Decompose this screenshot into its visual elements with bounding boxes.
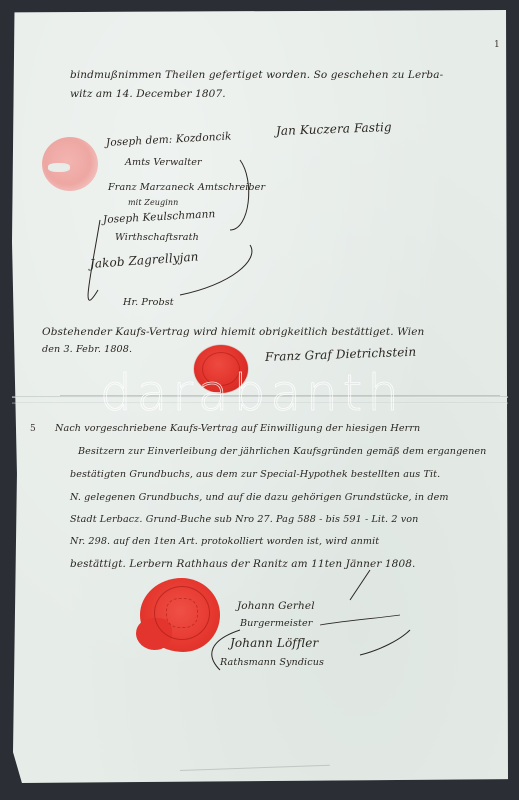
text-line: Besitzern zur Einverleibung der jährlich…: [78, 446, 486, 457]
text-line: den 3. Febr. 1808.: [42, 344, 132, 355]
text-line: witz am 14. December 1807.: [70, 88, 226, 100]
seal-emblem: [166, 598, 198, 628]
text-line: Obstehender Kaufs-Vertrag wird hiemit ob…: [42, 326, 424, 338]
signature: Johann Löffler: [230, 636, 318, 650]
faded-seal: [42, 137, 98, 191]
signature: Johann Gerhel: [237, 600, 315, 612]
signatory-title: Amts Verwalter: [125, 157, 202, 168]
text-line: bestätigten Grundbuchs, aus dem zur Spec…: [70, 469, 440, 480]
signatory-note: mit Zeuginn: [128, 198, 178, 207]
red-wax-seal-bottom: [140, 578, 220, 652]
text-line: bestättigt. Lerbern Rathhaus der Ranitz …: [70, 558, 415, 570]
signatory-title: Hr. Probst: [123, 297, 174, 308]
text-line: bindmußnimmen Theilen gefertiget worden.…: [70, 69, 443, 81]
signature: Franz Marzaneck Amtschreiber: [108, 182, 265, 193]
text-line: N. gelegenen Grundbuchs, und auf die daz…: [70, 492, 449, 503]
signatory-title: Rathsmann Syndicus: [220, 657, 324, 668]
signatory-title: Wirthschaftsrath: [115, 232, 199, 243]
text-line: Nr. 298. auf den 1ten Art. protokolliert…: [70, 536, 379, 547]
page-number-mark: 1: [494, 40, 500, 50]
signatory-title: Burgermeister: [240, 618, 312, 629]
text-line: Nach vorgeschriebene Kaufs-Vertrag auf E…: [55, 423, 420, 434]
watermark: darabanth: [100, 364, 404, 422]
text-line: Stadt Lerbacz. Grund-Buche sub Nro 27. P…: [70, 514, 418, 525]
margin-mark: 5: [30, 424, 36, 434]
